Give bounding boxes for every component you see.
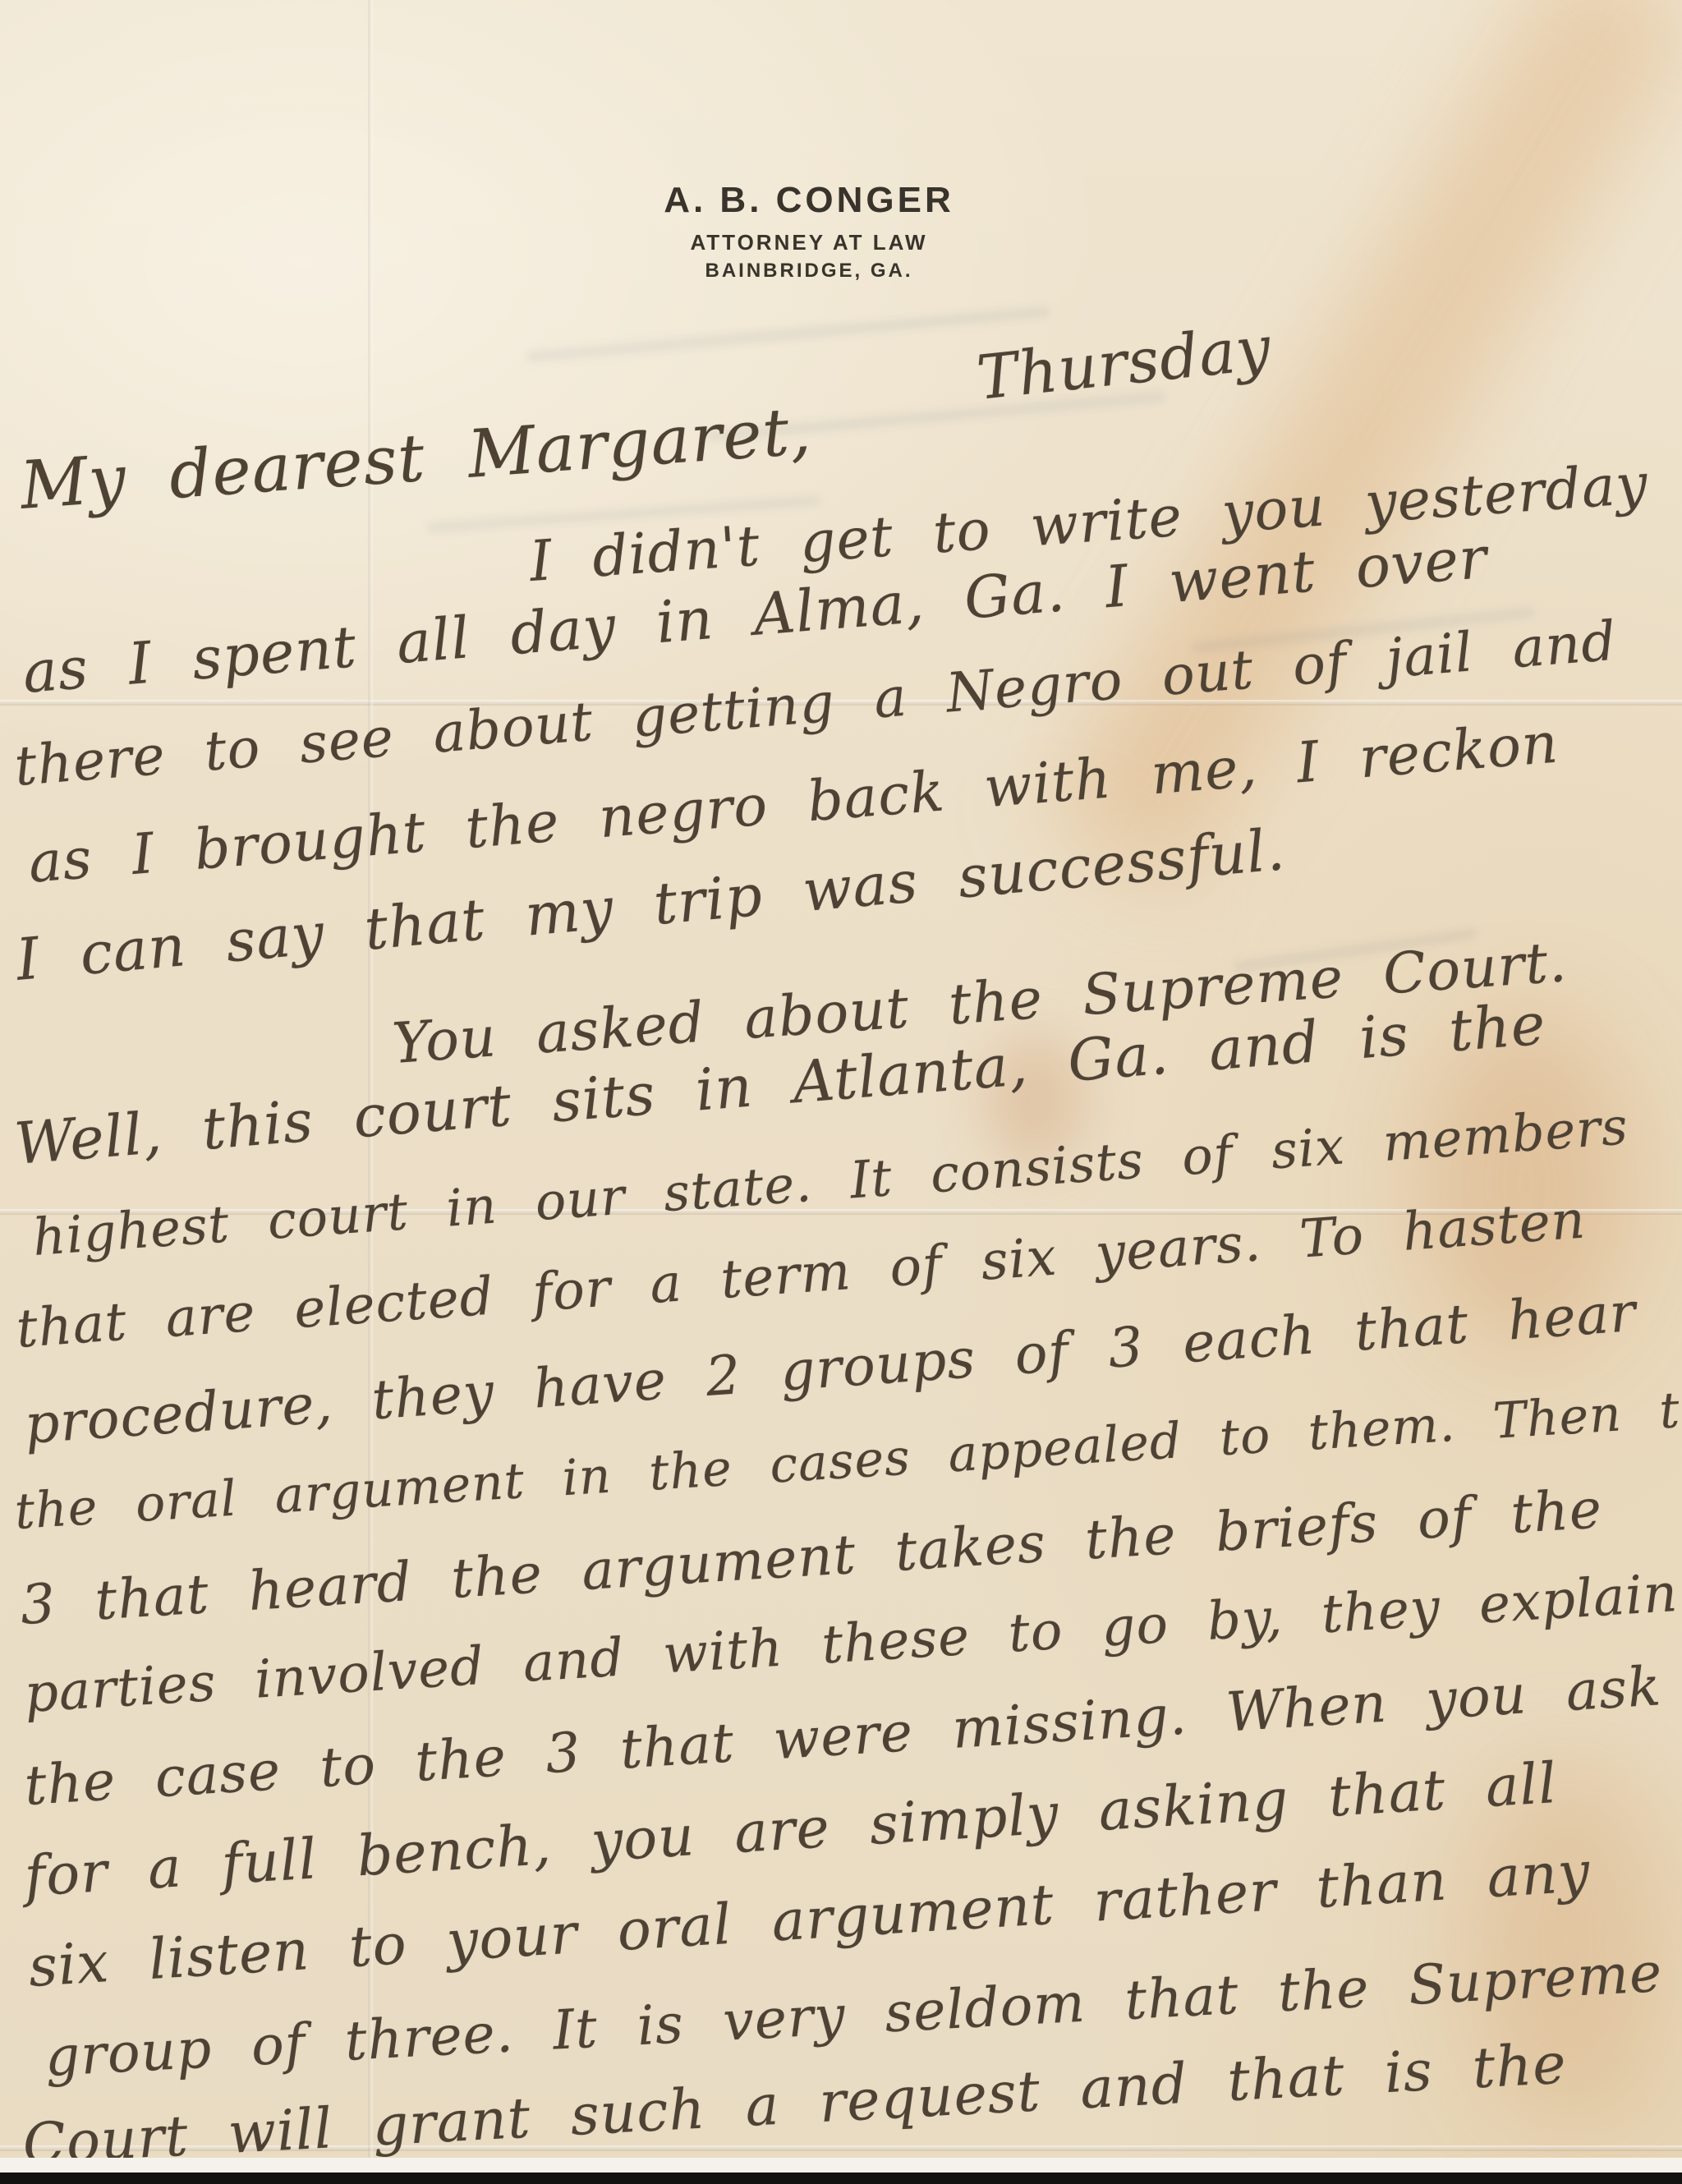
letter-page: A. B. CONGER ATTORNEY AT LAW BAINBRIDGE,…: [0, 0, 1682, 2184]
letterhead-title: ATTORNEY AT LAW: [0, 232, 1618, 253]
salutation: My dearest Margaret,: [18, 393, 814, 524]
date-line: Thursday: [974, 313, 1275, 414]
letterhead-name: A. B. CONGER: [0, 182, 1618, 218]
letterhead-location: BAINBRIDGE, GA.: [0, 261, 1618, 281]
scan-edge-light: [0, 2158, 1682, 2173]
scan-edge-dark: [0, 2173, 1682, 2184]
letterhead: A. B. CONGER ATTORNEY AT LAW BAINBRIDGE,…: [0, 182, 1618, 281]
ink-bleedthrough: [526, 306, 1051, 363]
